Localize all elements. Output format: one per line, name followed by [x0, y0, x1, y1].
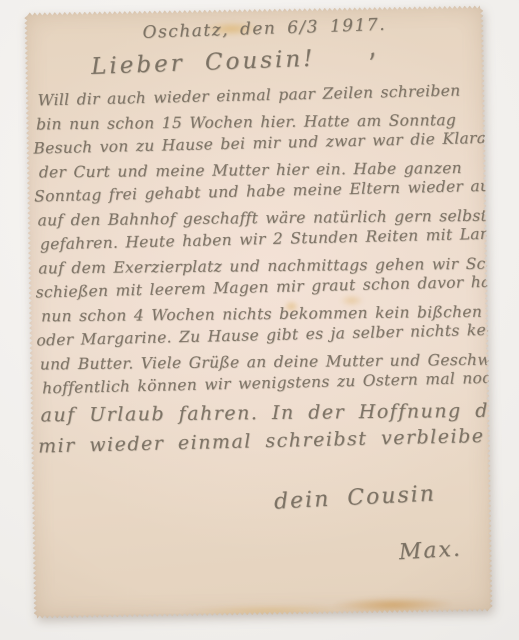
date-flourish-mark: , [361, 33, 379, 64]
photo-background: Oschatz, den 6/3 1917. , Lieber Cousin! … [0, 0, 519, 640]
salutation: Lieber Cousin! [91, 46, 316, 80]
paper-shadow-wrap: Oschatz, den 6/3 1917. , Lieber Cousin! … [0, 0, 519, 640]
letter-card: Oschatz, den 6/3 1917. , Lieber Cousin! … [24, 5, 492, 618]
handwritten-line: Will dir auch wieder einmal paar Zeilen … [37, 78, 476, 112]
closing: dein Cousin [273, 481, 436, 514]
letter-body: Will dir auch wieder einmal paar Zeilen … [32, 82, 482, 463]
signature: Max. [398, 536, 462, 565]
dateline: Oschatz, den 6/3 1917. [142, 15, 386, 43]
paper-stain [182, 604, 352, 619]
paper-stain [331, 596, 453, 614]
